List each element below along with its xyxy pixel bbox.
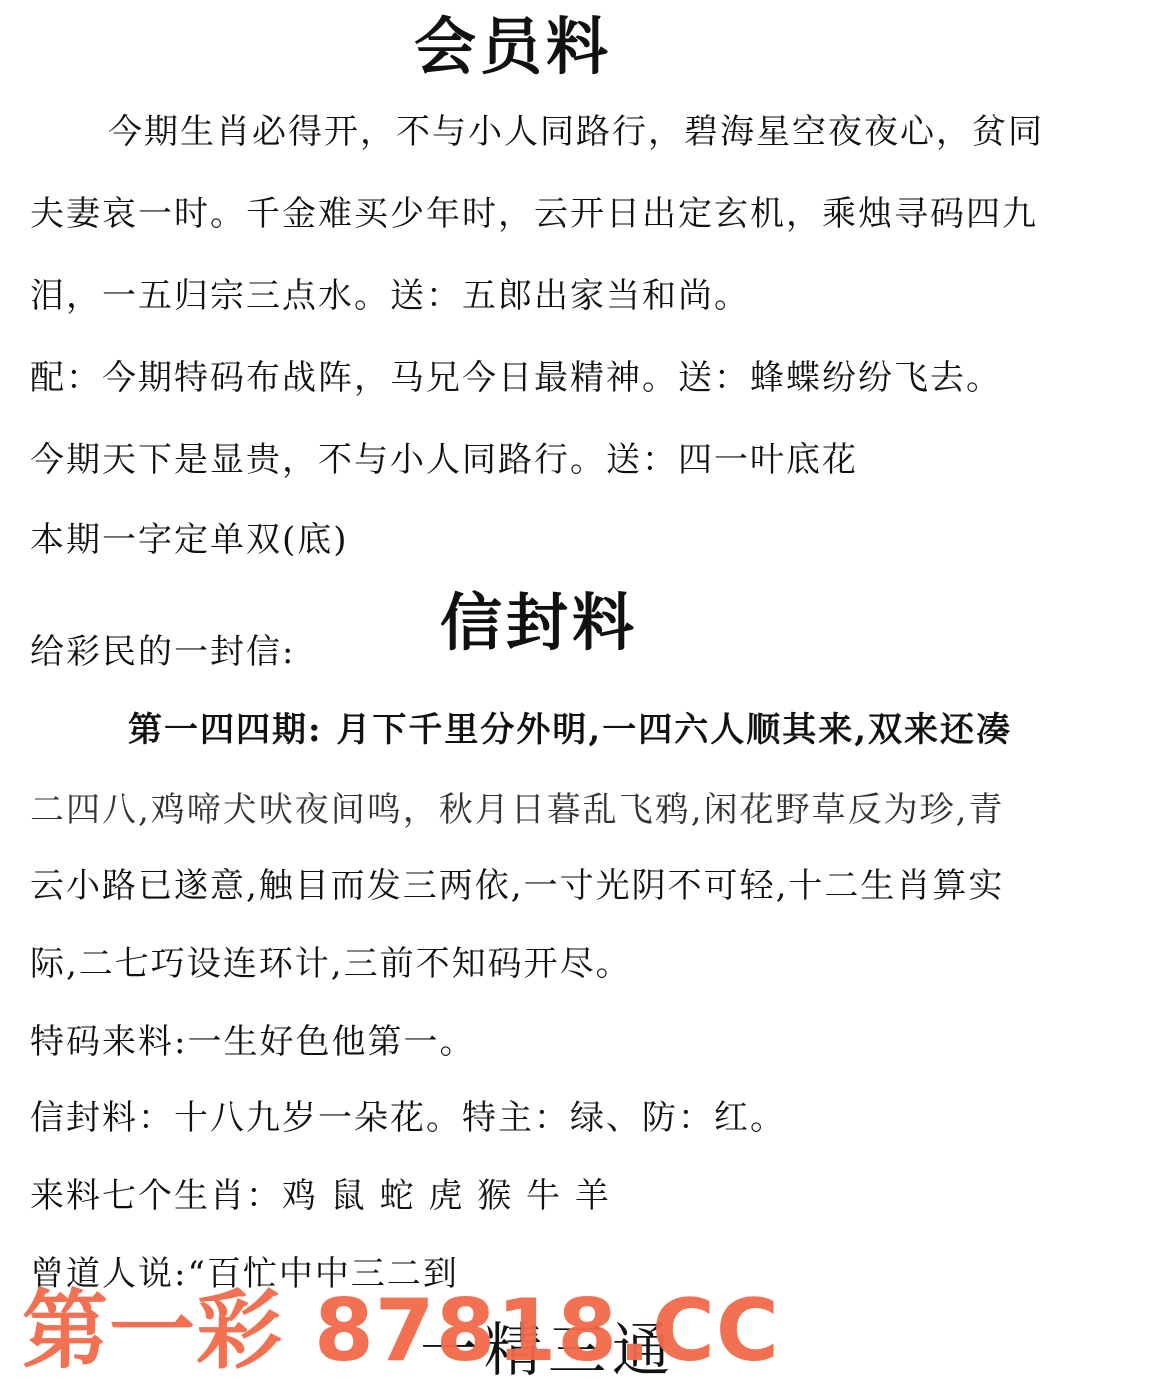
paragraph-line: 今期生肖必得开，不与小人同路行，碧海星空夜夜心，贫同 [108, 112, 1044, 152]
letter-intro: 给彩民的一封信: [30, 632, 295, 672]
section-title-member: 会员料 [414, 12, 612, 82]
paragraph-line: 夫妻哀一时。千金难买少年时，云开日出定玄机，乘烛寻码四九 [30, 194, 1038, 234]
paragraph-line: 信封料：十八九岁一朵花。特主：绿、防：红。 [30, 1098, 786, 1138]
section-title-letter: 信封料 [440, 588, 638, 658]
paragraph-line: 泪，一五归宗三点水。送：五郎出家当和尚。 [30, 276, 750, 316]
paragraph-line: 二四八,鸡啼犬吠夜间鸣，秋月日暮乱飞鸦,闲花野草反为珍,青 [30, 790, 1004, 830]
paragraph-line: 云小路已遂意,触目而发三两依,一寸光阴不可轻,十二生肖算实 [30, 866, 1004, 906]
paragraph-line: 第一四四期: 月下千里分外明,一四六人顺其来,双来还凑 [128, 710, 1012, 750]
paragraph-line: 际,二七巧设连环计,三前不知码开尽。 [30, 944, 632, 984]
paragraph-line: 配：今期特码布战阵，马兄今日最精神。送：蜂蝶纷纷飞去。 [30, 358, 1002, 398]
paragraph-line: 今期天下是显贵，不与小人同路行。送：四一叶底花 [30, 440, 858, 480]
paragraph-line: 特码来料:一生好色他第一。 [30, 1022, 475, 1062]
site-watermark: 第一彩 87818.CC [22, 1283, 780, 1379]
paragraph-line: 来料七个生肖：鸡 鼠 蛇 虎 猴 牛 羊 [30, 1176, 611, 1216]
paragraph-line: 本期一字定单双(底) [30, 520, 349, 560]
